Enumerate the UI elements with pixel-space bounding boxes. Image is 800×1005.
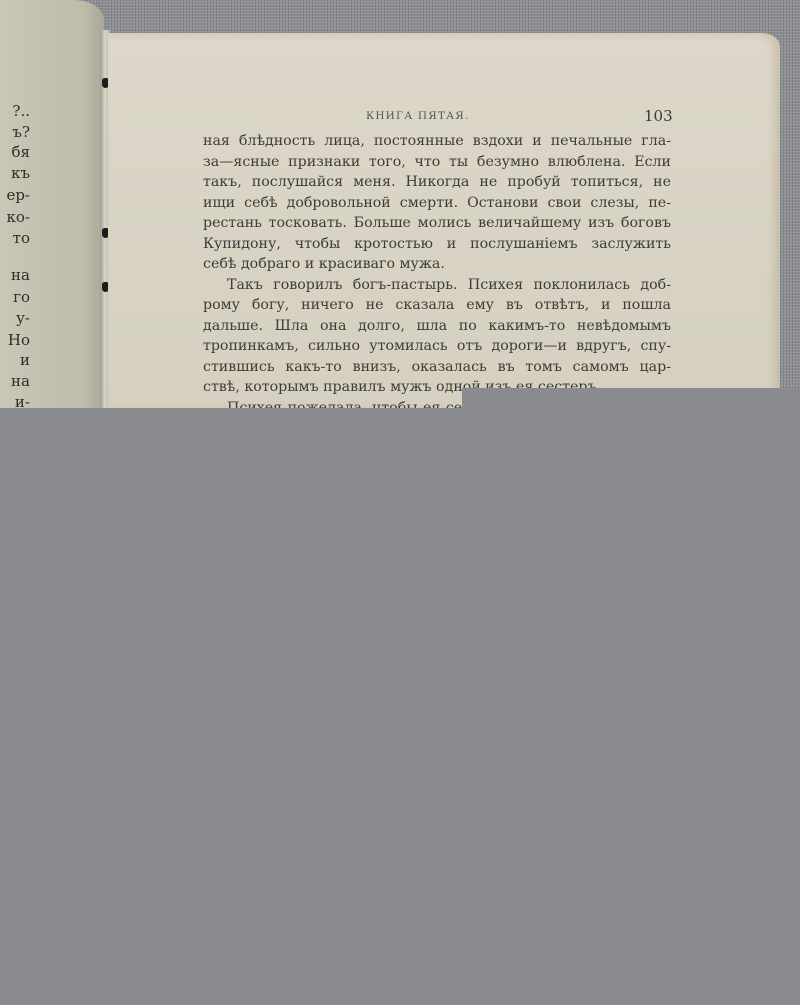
- left-page-text-fragment: на: [0, 374, 30, 389]
- left-page-text-fragment: и: [0, 353, 30, 368]
- left-page-text-fragment: ъ?: [0, 125, 30, 140]
- redaction-block: [0, 408, 800, 1005]
- left-page-text-fragment: бя: [0, 145, 30, 160]
- left-page-text-fragment: ?..: [0, 104, 30, 119]
- left-page-text-fragment: Но: [0, 333, 30, 348]
- left-page: ?..ъ?бякъер-ко-тонагоу-Ноинаи-: [0, 0, 104, 410]
- text-line: ная блѣдность лица, постоянные вздохи и …: [203, 131, 671, 152]
- text-line: ищи себѣ добровольной смерти. Останови с…: [203, 193, 671, 214]
- page-number: 103: [644, 107, 673, 125]
- text-line: дальше. Шла она долго, шла по какимъ-то …: [203, 316, 671, 337]
- text-line: за—ясные признаки того, что ты безумно в…: [203, 152, 671, 173]
- text-line: Такъ говорилъ богъ-пастырь. Психея покло…: [203, 275, 671, 296]
- text-line: себѣ добраго и красиваго мужа.: [203, 254, 671, 275]
- text-line: тропинкамъ, сильно утомилась отъ дороги—…: [203, 336, 671, 357]
- left-page-text-fragment: на: [0, 268, 30, 283]
- text-line: такъ, послушайся меня. Никогда не пробуй…: [203, 172, 671, 193]
- left-page-text-fragment: ер-: [0, 188, 30, 203]
- text-line: стившись какъ-то внизъ, оказалась въ том…: [203, 357, 671, 378]
- text-line: рому богу, ничего не сказала ему въ отвѣ…: [203, 295, 671, 316]
- left-page-text-fragment: то: [0, 231, 30, 246]
- text-line: рестань тосковать. Больше молись величай…: [203, 213, 671, 234]
- text-line: Купидону, чтобы кротостью и послушаніемъ…: [203, 234, 671, 255]
- left-page-text-fragment: ко-: [0, 210, 30, 225]
- left-page-text-fragment: го: [0, 290, 30, 305]
- left-page-text-fragment: къ: [0, 166, 30, 181]
- left-page-text-fragment: у-: [0, 311, 30, 326]
- running-head: КНИГА ПЯТАЯ.: [366, 110, 470, 122]
- redaction-block: [462, 388, 800, 410]
